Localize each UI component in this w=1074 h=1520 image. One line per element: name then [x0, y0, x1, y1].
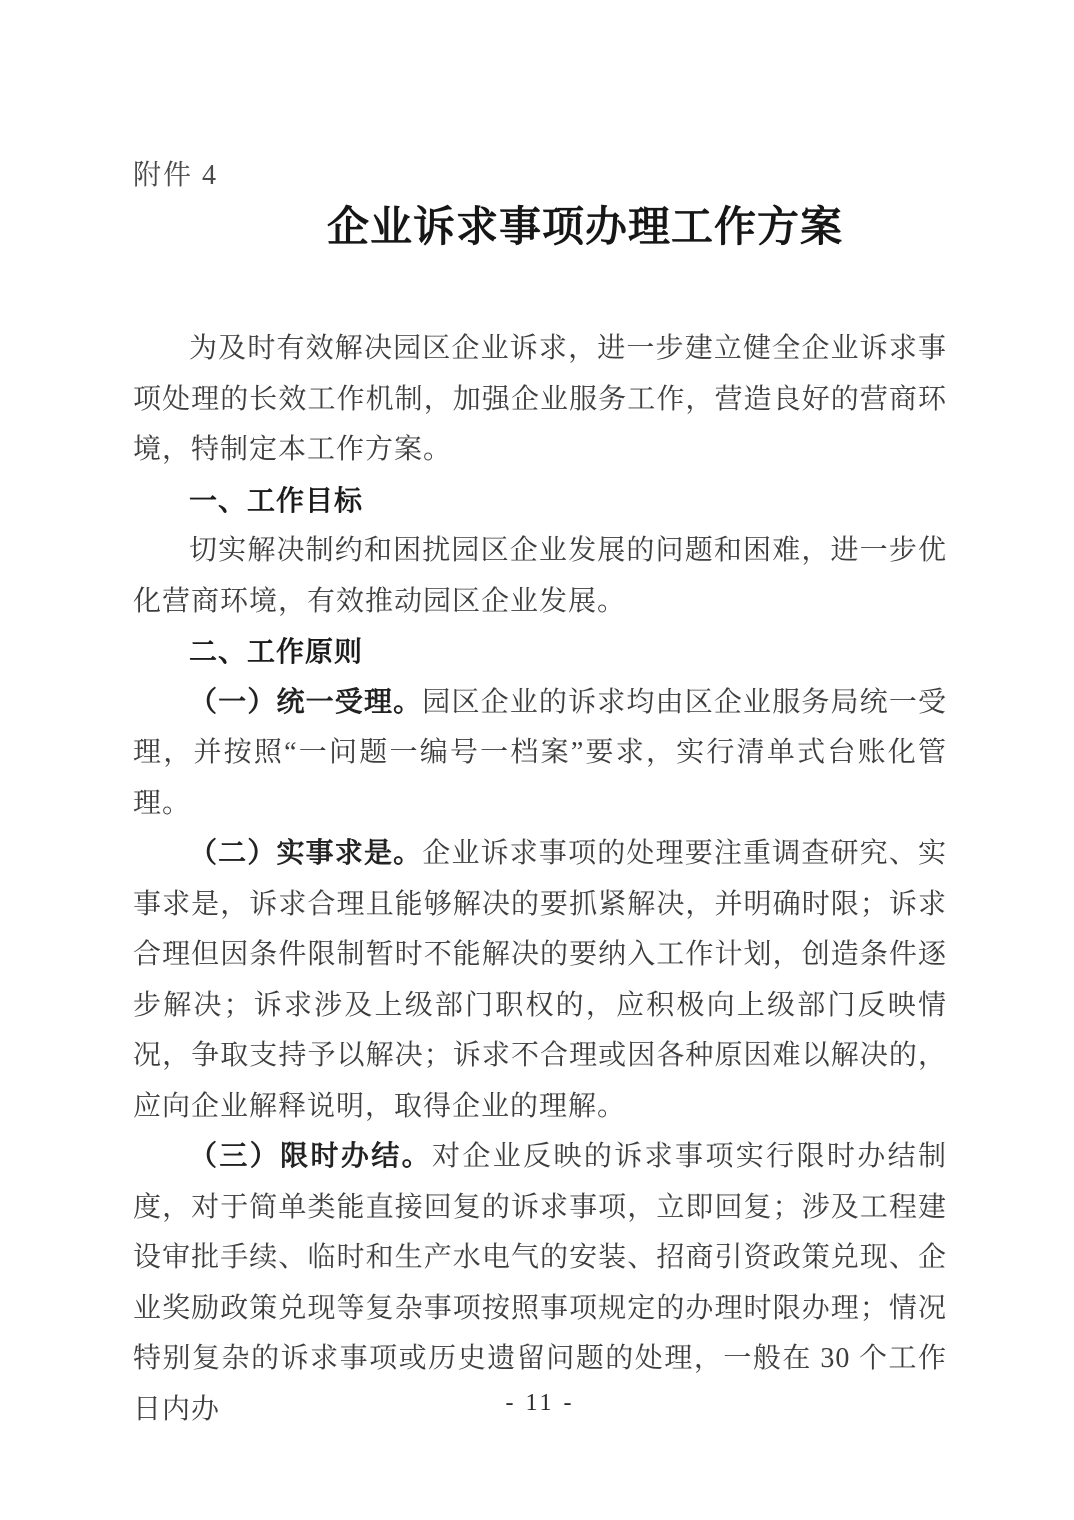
paragraph: 切实解决制约和困扰园区企业发展的问题和困难，进一步优化营商环境，有效推动园区企业… [133, 526, 947, 627]
paragraph-lead: （三）限时办结。 [189, 1141, 432, 1172]
attachment-label: 附件 4 [133, 153, 218, 193]
paragraph-lead: （二）实事求是。 [189, 838, 422, 869]
section-heading: 一、工作目标 [133, 476, 947, 527]
page-number: - 11 - [133, 1390, 947, 1417]
document-page: 附件 4 企业诉求事项办理工作方案 为及时有效解决园区企业诉求，进一步建立健全企… [0, 0, 1074, 1520]
section-heading: 二、工作原则 [133, 627, 947, 678]
document-title: 企业诉求事项办理工作方案 [133, 200, 947, 256]
paragraph: （一）统一受理。园区企业的诉求均由区企业服务局统一受理，并按照“一问题一编号一档… [133, 678, 947, 830]
paragraph-lead: （一）统一受理。 [189, 687, 422, 718]
paragraph: 为及时有效解决园区企业诉求，进一步建立健全企业诉求事项处理的长效工作机制，加强企… [133, 324, 947, 476]
paragraph: （二）实事求是。企业诉求事项的处理要注重调查研究、实事求是，诉求合理且能够解决的… [133, 829, 947, 1132]
document-body: 为及时有效解决园区企业诉求，进一步建立健全企业诉求事项处理的长效工作机制，加强企… [133, 324, 947, 1435]
